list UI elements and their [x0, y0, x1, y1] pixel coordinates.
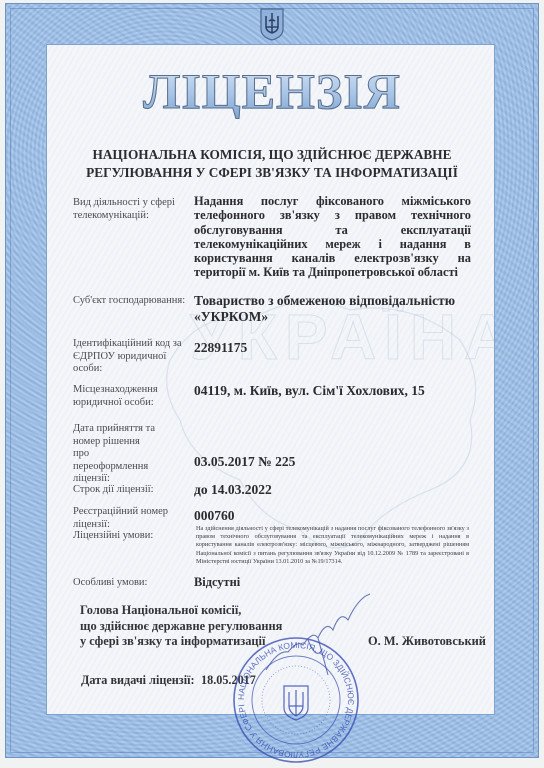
location-label: Місцезнаходження юридичної особи:: [73, 384, 183, 409]
activity-value: Надання послуг фіксованого міжміського т…: [194, 194, 471, 280]
issue-date-label: Дата видачі ліцензії:: [81, 673, 195, 688]
registration-value: 000760: [194, 508, 471, 524]
conditions-value: На здійснення діяльності у сфері телеком…: [196, 525, 469, 566]
official-seal-stamp: НАЦІОНАЛЬНА КОМІСІЯ, ЩО ЗДІЙСНЮЄ ДЕРЖАВН…: [232, 636, 360, 764]
issuer-line-1: НАЦІОНАЛЬНА КОМІСІЯ, ЩО ЗДІЙСНЮЄ ДЕРЖАВН…: [0, 146, 544, 164]
conditions-label: Ліцензійні умови:: [73, 530, 193, 543]
issuer-line-2: РЕГУЛЮВАННЯ У СФЕРІ ЗВ'ЯЗКУ ТА ІНФОРМАТИ…: [0, 164, 544, 182]
special-conditions-value: Відсутні: [194, 575, 471, 589]
decision-value: 03.05.2017 № 225: [194, 454, 471, 470]
term-label: Строк дії ліцензії:: [73, 484, 193, 497]
special-conditions-label: Особливі умови:: [73, 577, 193, 590]
edrpou-value: 22891175: [194, 340, 471, 356]
registration-label: Реєстраційний номер ліцензії:: [73, 506, 173, 531]
decision-label: Дата прийняття та номер рішення про пере…: [73, 423, 158, 486]
entity-name-line-2: «УКРКОМ»: [194, 309, 471, 325]
activity-label: Вид діяльності у сфері телекомунікацій:: [73, 197, 193, 222]
term-value: до 14.03.2022: [194, 482, 471, 498]
chairman-name: О. М. Животовський: [368, 634, 486, 649]
entity-name-line-1: Товариство з обмеженою відповідальністю: [194, 293, 471, 309]
edrpou-label: Ідентифікаційний код за ЄДРПОУ юридичної…: [73, 338, 183, 376]
entity-label: Суб'єкт господарювання:: [73, 295, 193, 308]
document-title: ЛІЦЕНЗІЯ: [0, 62, 544, 120]
entity-value: Товариство з обмеженою відповідальністю …: [194, 293, 471, 325]
location-value: 04119, м. Київ, вул. Сім'ї Хохлових, 15: [194, 383, 484, 399]
trident-coat-of-arms-icon: [259, 7, 285, 41]
issuer-heading: НАЦІОНАЛЬНА КОМІСІЯ, ЩО ЗДІЙСНЮЄ ДЕРЖАВН…: [0, 146, 544, 182]
